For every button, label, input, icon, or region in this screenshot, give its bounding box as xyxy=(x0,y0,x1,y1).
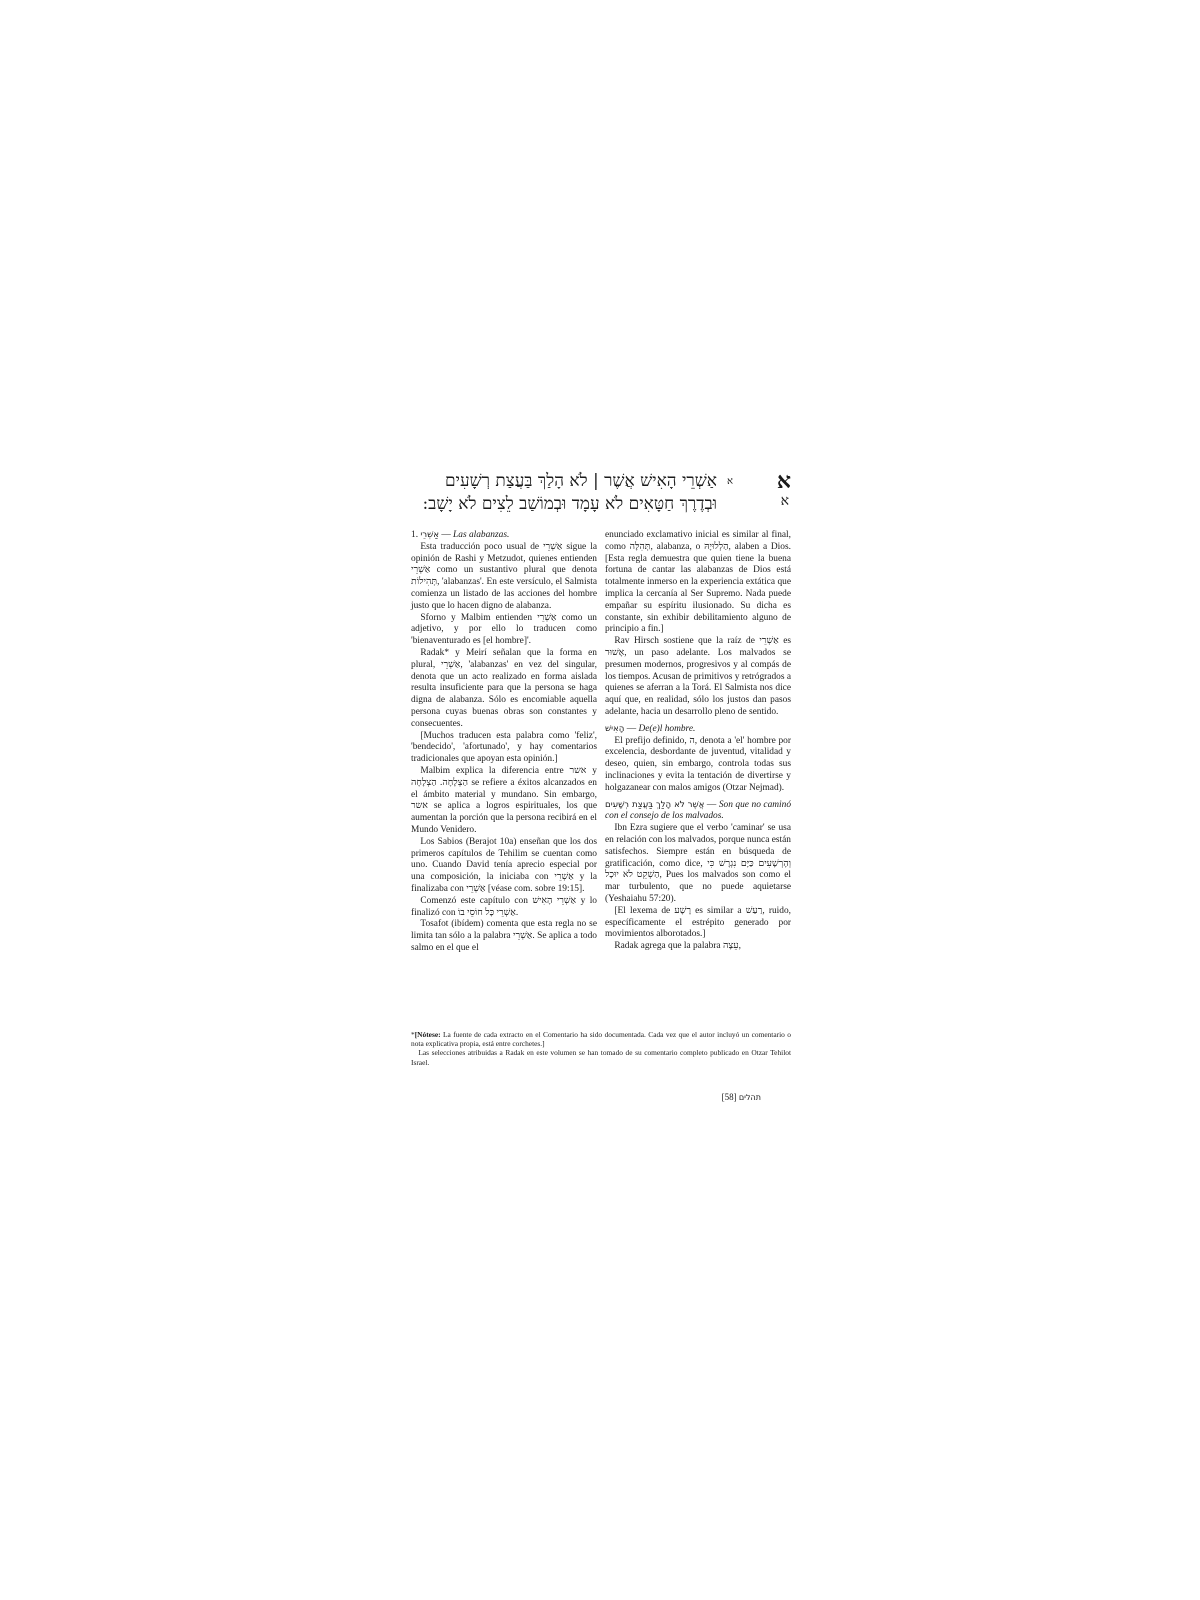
commentary-heading: אֲשֶׁר לֹא הָלַךְ בַּעֲצַת רְשָׁעִים — S… xyxy=(605,800,791,824)
book-page: א א א אַשְׁרֵי הָאִישׁ אֲשֶׁר | לֹא הָלַ… xyxy=(411,470,791,520)
verse-line-2: וּבְדֶרֶךְ חַטָּאִים לֹא עָמָד וּבְמוֹשַ… xyxy=(422,493,717,516)
commentary-paragraph: Esta traducción poco usual de אַשְׁרֵי s… xyxy=(411,542,597,613)
commentary-heading: הָאִישׁ — De(e)l hombre. xyxy=(605,724,791,736)
verse-line-1: אַשְׁרֵי הָאִישׁ אֲשֶׁר | לֹא הָלַךְ בַּ… xyxy=(422,470,717,493)
commentary-paragraph: Ibn Ezra sugiere que el verbo 'caminar' … xyxy=(605,823,791,906)
commentary-paragraph: [Muchos traducen esta palabra como 'feli… xyxy=(411,731,597,766)
commentary-paragraph: enunciado exclamativo inicial es similar… xyxy=(605,530,791,636)
commentary-paragraph: Comenzó este capítulo con אַשְׁרֵי הָאִי… xyxy=(411,896,597,920)
book-name: תהלים xyxy=(739,1093,761,1102)
commentary-paragraph: Radak* y Meirí señalan que la forma en p… xyxy=(411,648,597,731)
verse-number: א xyxy=(727,476,733,487)
commentary-paragraph: [El lexema de רָשָׁע es similar a רַעַשׁ… xyxy=(605,906,791,941)
commentary-paragraph: Tosafot (ibídem) comenta que esta regla … xyxy=(411,919,597,954)
commentary-paragraph: Malbim explica la diferencia entre אשר y… xyxy=(411,766,597,837)
commentary-paragraph: El prefijo definido, ה, denota a 'el' ho… xyxy=(605,736,791,795)
commentary-paragraph: Los Sabios (Berajot 10a) enseñan que los… xyxy=(411,837,597,896)
commentary-paragraph: Sforno y Malbim entienden אַשְׁרֵי como … xyxy=(411,613,597,648)
chapter-subnumber: א xyxy=(781,494,789,508)
verse-header: א א א אַשְׁרֵי הָאִישׁ אֲשֶׁר | לֹא הָלַ… xyxy=(411,470,791,520)
chapter-number: א xyxy=(777,470,791,492)
hebrew-verse: אַשְׁרֵי הָאִישׁ אֲשֶׁר | לֹא הָלַךְ בַּ… xyxy=(422,470,717,516)
left-column: 1. אַשְׁרֵי — Las alabanzas. Esta traduc… xyxy=(411,530,597,955)
page-number: [58] xyxy=(722,1092,737,1102)
right-column: enunciado exclamativo inicial es similar… xyxy=(605,530,791,955)
commentary-columns: 1. אַשְׁרֵי — Las alabanzas. Esta traduc… xyxy=(411,530,791,955)
commentary-heading: 1. אַשְׁרֵי — Las alabanzas. xyxy=(411,530,597,542)
page-footer: תהלים [58] xyxy=(722,1092,771,1102)
commentary-paragraph: Rav Hirsch sostiene que la raíz de אַשְׁ… xyxy=(605,636,791,719)
footnote: *[Nótese: La fuente de cada extracto en … xyxy=(411,1030,791,1067)
commentary-paragraph: Radak agrega que la palabra עֵצָה, xyxy=(605,941,791,953)
